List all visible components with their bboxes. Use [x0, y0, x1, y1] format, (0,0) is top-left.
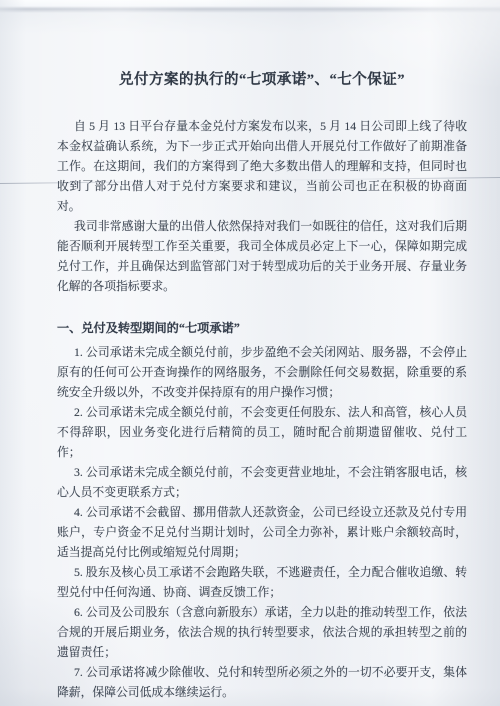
- promise-item-2: 2. 公司承诺未完成全额兑付前，不会变更任何股东、法人和高管，核心人员不得辞职，…: [57, 402, 467, 462]
- document-body: 兑付方案的执行的“七项承诺”、“七个保证” 自 5 月 13 日平台存量本金兑付…: [57, 0, 467, 702]
- promise-item-3: 3. 公司承诺未完成全额兑付前，不会变更营业地址，不会注销客服电话，核心人员不变…: [57, 462, 467, 502]
- document-title: 兑付方案的执行的“七项承诺”、“七个保证”: [57, 70, 467, 90]
- section-heading: 一、兑付及转型期间的“七项承诺”: [57, 318, 467, 338]
- promise-item-6: 6. 公司及公司股东（含意向新股东）承诺，全力以赴的推动转型工作，依法合规的开展…: [57, 602, 467, 662]
- promise-item-5: 5. 股东及核心员工承诺不会跑路失联，不逃避责任，全力配合催收追缴、转型兑付中任…: [57, 562, 467, 602]
- promise-item-1: 1. 公司承诺未完成全额兑付前，步步盈绝不会关闭网站、服务器，不会停止原有的任何…: [57, 342, 467, 402]
- promise-item-4: 4. 公司承诺不会截留、挪用借款人还款资金，公司已经设立还款及兑付专用账户，专户…: [57, 502, 467, 562]
- intro-paragraph: 自 5 月 13 日平台存量本金兑付方案发布以来，5 月 14 日公司即上线了待…: [57, 116, 467, 216]
- promise-item-7: 7. 公司承诺将减少除催收、兑付和转型所必须之外的一切不必要开支，集体降薪，保障…: [57, 662, 467, 702]
- scanned-document-page: 兑付方案的执行的“七项承诺”、“七个保证” 自 5 月 13 日平台存量本金兑付…: [0, 0, 500, 706]
- gratitude-paragraph: 我司非常感谢大量的出借人依然保持对我们一如既往的信任，这对我们后期能否顺利开展转…: [57, 216, 467, 296]
